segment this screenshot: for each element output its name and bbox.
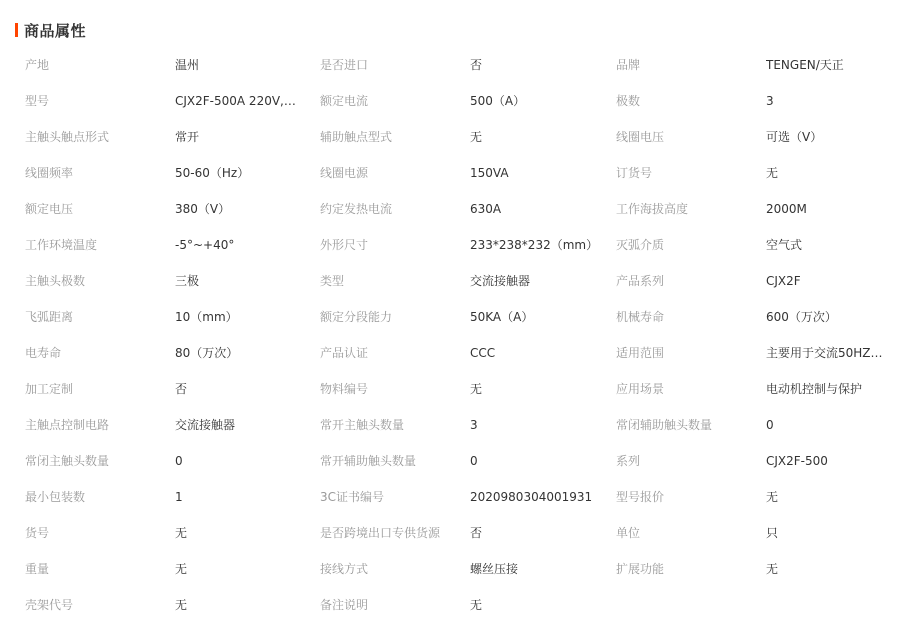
attribute-value: 无 (175, 515, 303, 551)
attribute-value: 温州 (175, 47, 303, 83)
section-title: 商品属性 (24, 20, 86, 41)
attribute-label: 适用范围 (616, 335, 756, 371)
attribute-value: CJX2F (766, 263, 890, 299)
attribute-row: 工作环境温度 -5°~+40° 外形尺寸 233*238*232（mm） 灭弧介… (0, 227, 911, 263)
attribute-label: 常开主触头数量 (320, 407, 460, 443)
attribute-value: 0 (470, 443, 610, 479)
product-attributes-panel: 商品属性 产地 温州 是否进口 否 品牌 TENGEN/天正 型号 CJX2F-… (0, 0, 911, 630)
attribute-value: 交流接触器 (470, 263, 610, 299)
attribute-value: 无 (470, 371, 610, 407)
attribute-value: 否 (175, 371, 303, 407)
attribute-row: 加工定制 否 物料编号 无 应用场景 电动机控制与保护 (0, 371, 911, 407)
attribute-value: 只 (766, 515, 890, 551)
attribute-label: 额定电压 (25, 191, 165, 227)
attribute-row: 飞弧距离 10（mm） 额定分段能力 50KA（A） 机械寿命 600（万次） (0, 299, 911, 335)
attribute-value: 2020980304001931 (470, 479, 610, 515)
attribute-label: 型号报价 (616, 479, 756, 515)
attribute-label: 是否进口 (320, 47, 460, 83)
attribute-label: 常闭辅助触头数量 (616, 407, 756, 443)
attribute-value: 无 (470, 587, 610, 623)
attribute-label: 最小包装数 (25, 479, 165, 515)
attribute-label: 3C证书编号 (320, 479, 460, 515)
attribute-label: 产品认证 (320, 335, 460, 371)
attribute-value: 螺丝压接 (470, 551, 610, 587)
attribute-row: 电寿命 80（万次） 产品认证 CCC 适用范围 主要用于交流50HZ到... (0, 335, 911, 371)
attribute-value: 电动机控制与保护 (766, 371, 890, 407)
attribute-value: 无 (766, 479, 890, 515)
attribute-value: CJX2F-500 (766, 443, 890, 479)
attribute-label: 飞弧距离 (25, 299, 165, 335)
attribute-value: 无 (175, 587, 303, 623)
attribute-label: 工作环境温度 (25, 227, 165, 263)
attribute-row: 货号 无 是否跨境出口专供货源 否 单位 只 (0, 515, 911, 551)
attribute-value: 无 (175, 551, 303, 587)
attribute-value: 600（万次） (766, 299, 890, 335)
attribute-label: 系列 (616, 443, 756, 479)
attributes-grid: 产地 温州 是否进口 否 品牌 TENGEN/天正 型号 CJX2F-500A … (0, 47, 911, 623)
attribute-value: 500（A） (470, 83, 610, 119)
attribute-label: 约定发热电流 (320, 191, 460, 227)
attribute-label: 品牌 (616, 47, 756, 83)
attribute-row: 主触头触点形式 常开 辅助触点型式 无 线圈电压 可选（V） (0, 119, 911, 155)
attribute-label: 加工定制 (25, 371, 165, 407)
attribute-label: 线圈电源 (320, 155, 460, 191)
attribute-value: 3 (766, 83, 890, 119)
attribute-label: 工作海拔高度 (616, 191, 756, 227)
attribute-row: 主触头极数 三极 类型 交流接触器 产品系列 CJX2F (0, 263, 911, 299)
attribute-label: 灭弧介质 (616, 227, 756, 263)
attribute-value: 无 (766, 551, 890, 587)
attribute-label: 物料编号 (320, 371, 460, 407)
attribute-label: 额定分段能力 (320, 299, 460, 335)
attribute-label: 货号 (25, 515, 165, 551)
attribute-label: 主触点控制电路 (25, 407, 165, 443)
attribute-label: 壳架代号 (25, 587, 165, 623)
attribute-value: 交流接触器 (175, 407, 303, 443)
attribute-value: 无 (766, 155, 890, 191)
attribute-value: 10（mm） (175, 299, 303, 335)
attribute-value: -5°~+40° (175, 227, 303, 263)
attribute-value: 可选（V） (766, 119, 890, 155)
attribute-label: 备注说明 (320, 587, 460, 623)
attribute-value: 233*238*232（mm） (470, 227, 610, 263)
attribute-label: 单位 (616, 515, 756, 551)
attribute-row: 型号 CJX2F-500A 220V,CJX... 额定电流 500（A） 极数… (0, 83, 911, 119)
attribute-label: 线圈电压 (616, 119, 756, 155)
attribute-row: 常闭主触头数量 0 常开辅助触头数量 0 系列 CJX2F-500 (0, 443, 911, 479)
attribute-label: 电寿命 (25, 335, 165, 371)
attribute-label: 类型 (320, 263, 460, 299)
attribute-value: 1 (175, 479, 303, 515)
attribute-label: 接线方式 (320, 551, 460, 587)
attribute-value: 否 (470, 47, 610, 83)
attribute-value: 50KA（A） (470, 299, 610, 335)
attribute-row: 产地 温州 是否进口 否 品牌 TENGEN/天正 (0, 47, 911, 83)
attribute-value: CCC (470, 335, 610, 371)
attribute-value: 0 (766, 407, 890, 443)
attribute-label: 主触头极数 (25, 263, 165, 299)
attribute-value: 三极 (175, 263, 303, 299)
section-header: 商品属性 (15, 21, 86, 39)
attribute-value: 630A (470, 191, 610, 227)
attribute-label: 机械寿命 (616, 299, 756, 335)
attribute-value: 3 (470, 407, 610, 443)
attribute-label: 主触头触点形式 (25, 119, 165, 155)
attribute-value: 主要用于交流50HZ到... (766, 335, 890, 371)
attribute-row: 最小包装数 1 3C证书编号 2020980304001931 型号报价 无 (0, 479, 911, 515)
attribute-value: CJX2F-500A 220V,CJX... (175, 83, 303, 119)
attribute-label: 重量 (25, 551, 165, 587)
attribute-label: 产品系列 (616, 263, 756, 299)
attribute-label: 额定电流 (320, 83, 460, 119)
attribute-value: 空气式 (766, 227, 890, 263)
attribute-value: 380（V） (175, 191, 303, 227)
attribute-value: 50-60（Hz） (175, 155, 303, 191)
attribute-row: 主触点控制电路 交流接触器 常开主触头数量 3 常闭辅助触头数量 0 (0, 407, 911, 443)
attribute-label: 常开辅助触头数量 (320, 443, 460, 479)
attribute-row: 线圈频率 50-60（Hz） 线圈电源 150VA 订货号 无 (0, 155, 911, 191)
attribute-label: 产地 (25, 47, 165, 83)
attribute-label: 线圈频率 (25, 155, 165, 191)
attribute-value: 2000M (766, 191, 890, 227)
attribute-value: 否 (470, 515, 610, 551)
attribute-row: 额定电压 380（V） 约定发热电流 630A 工作海拔高度 2000M (0, 191, 911, 227)
attribute-value: 150VA (470, 155, 610, 191)
accent-bar (15, 23, 18, 37)
attribute-value: 无 (470, 119, 610, 155)
attribute-label: 外形尺寸 (320, 227, 460, 263)
attribute-value: TENGEN/天正 (766, 47, 890, 83)
attribute-label: 扩展功能 (616, 551, 756, 587)
attribute-label: 极数 (616, 83, 756, 119)
attribute-label: 订货号 (616, 155, 756, 191)
attribute-value: 80（万次） (175, 335, 303, 371)
attribute-label: 是否跨境出口专供货源 (320, 515, 460, 551)
attribute-row: 壳架代号 无 备注说明 无 (0, 587, 911, 623)
attribute-value: 0 (175, 443, 303, 479)
attribute-label: 辅助触点型式 (320, 119, 460, 155)
attribute-label: 型号 (25, 83, 165, 119)
attribute-label: 常闭主触头数量 (25, 443, 165, 479)
attribute-value: 常开 (175, 119, 303, 155)
attribute-row: 重量 无 接线方式 螺丝压接 扩展功能 无 (0, 551, 911, 587)
attribute-label: 应用场景 (616, 371, 756, 407)
